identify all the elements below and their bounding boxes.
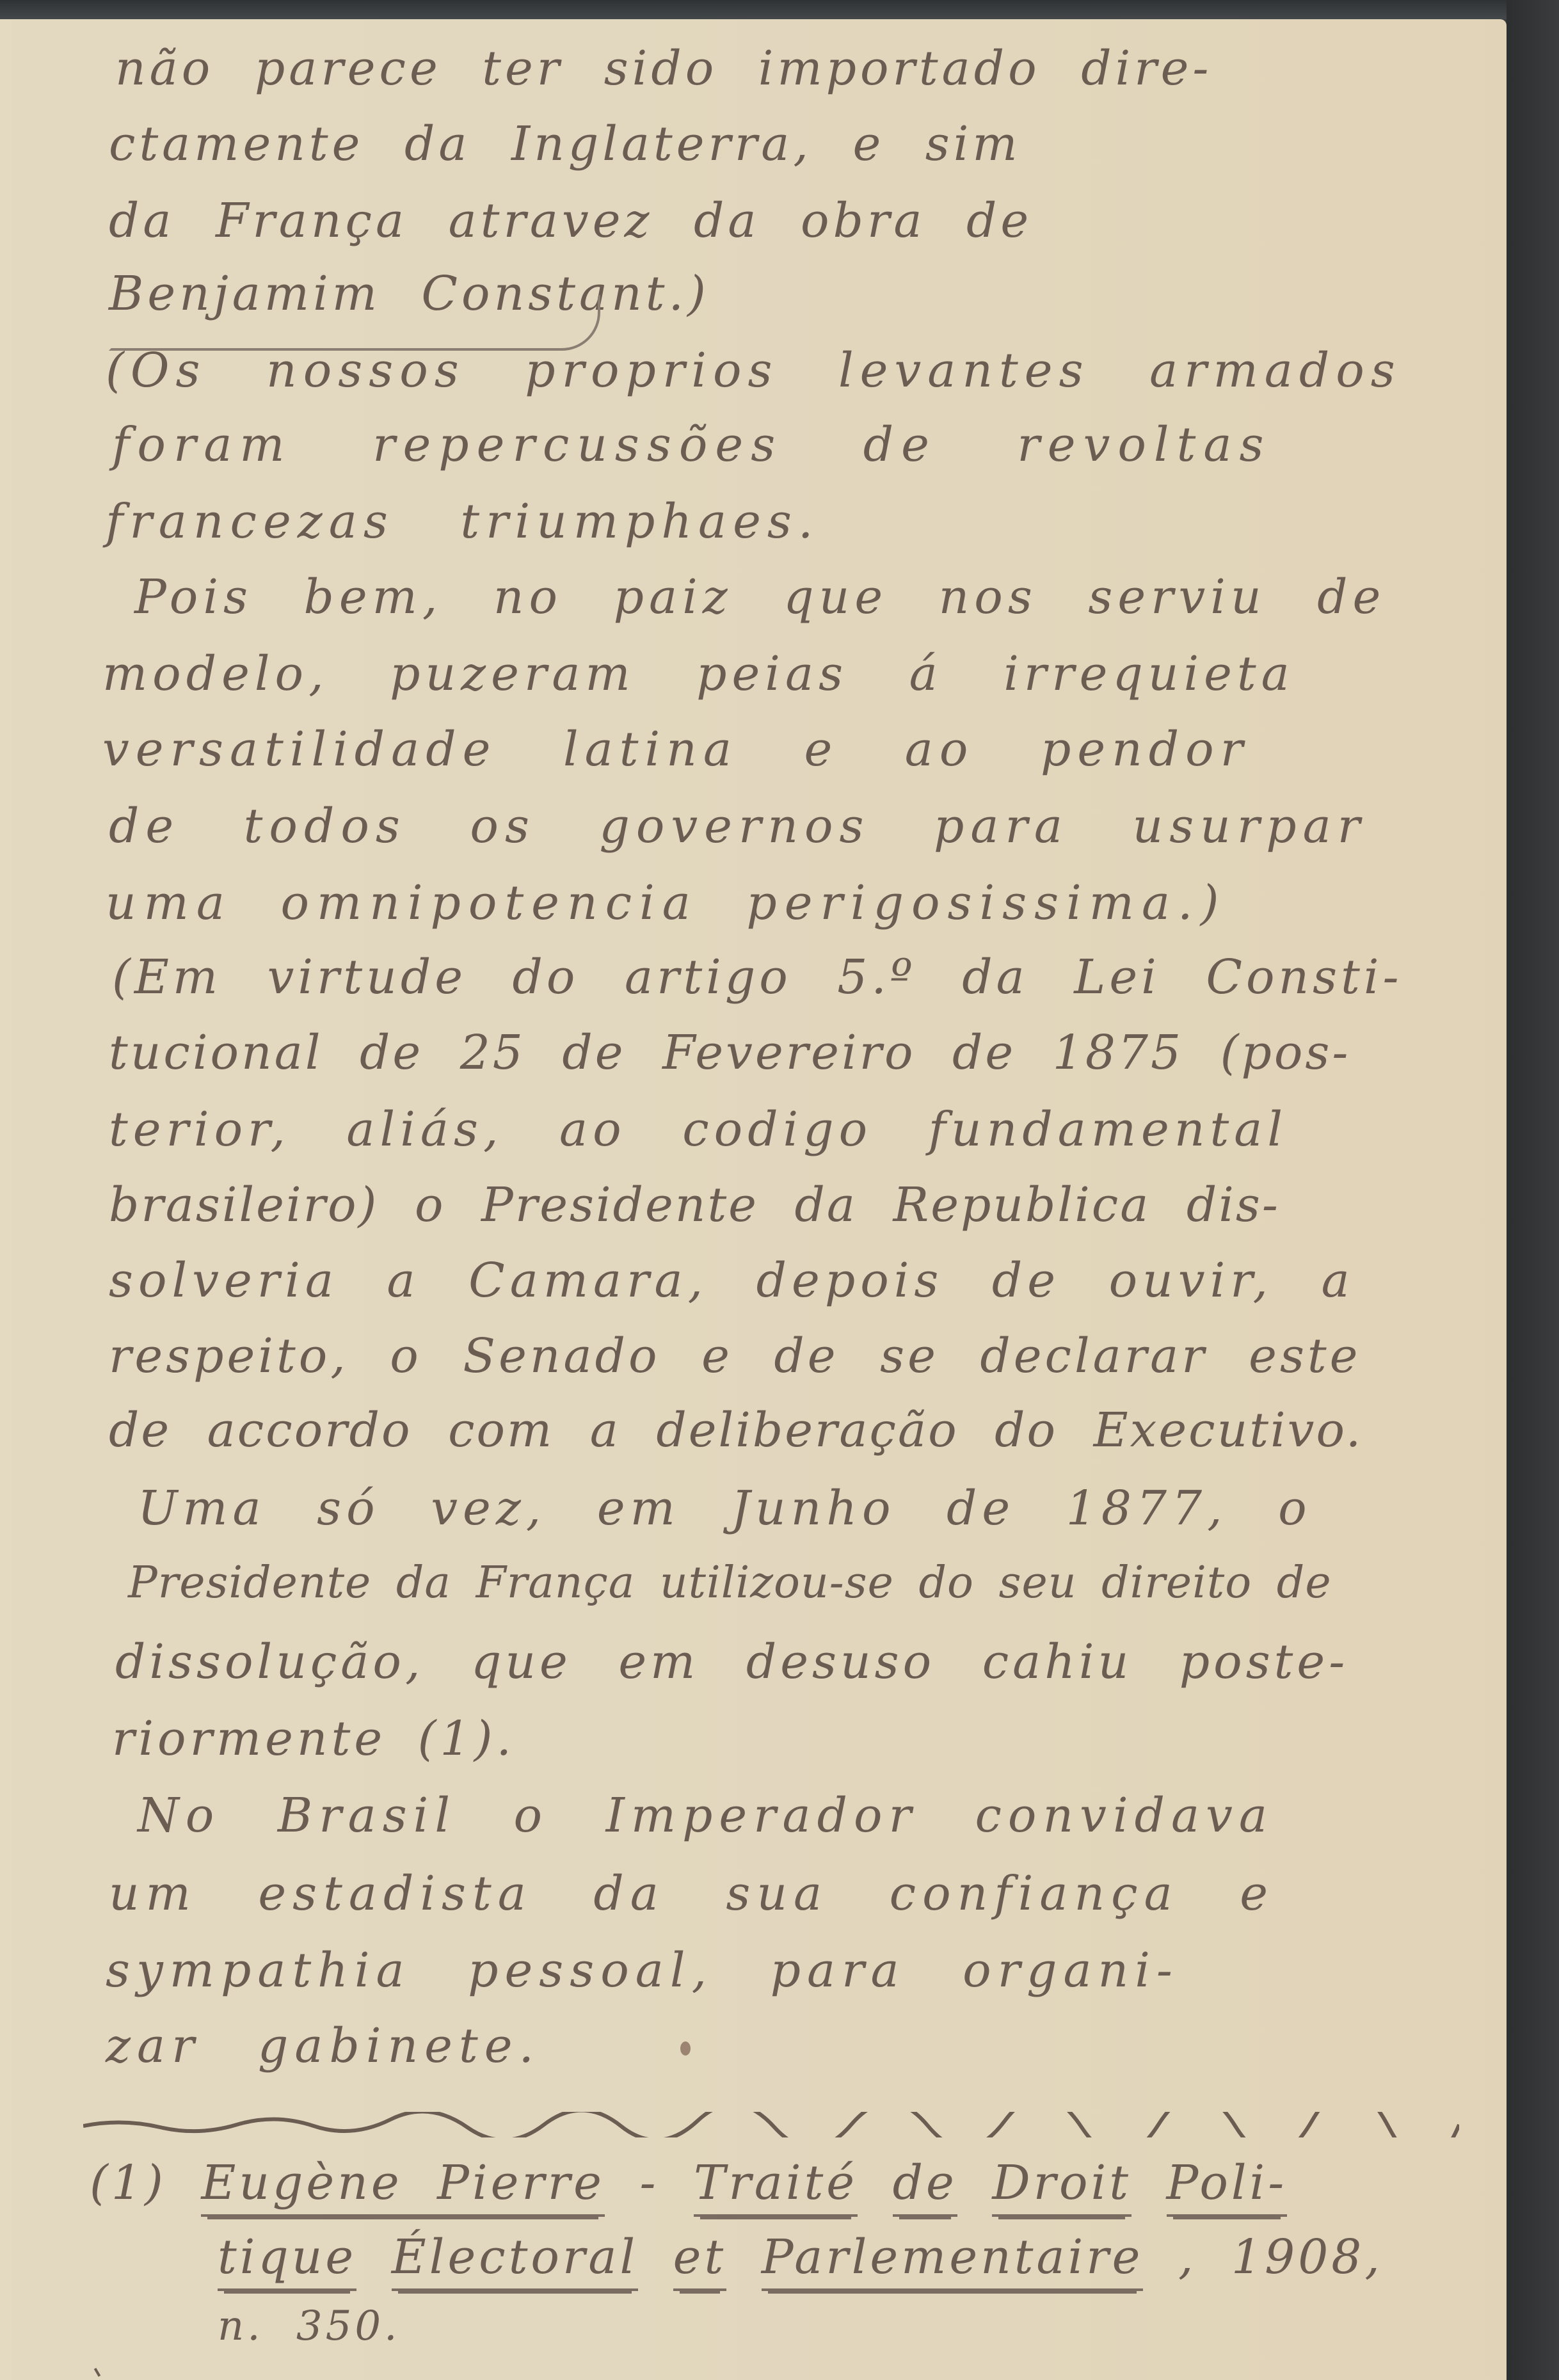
footnote-title-word: Traité bbox=[694, 2155, 858, 2217]
body-line: brasileiro) o Presidente da Republica di… bbox=[109, 1181, 1280, 1229]
footnote-line-2: tique Électoral et Parlementaire , 1908, bbox=[218, 2230, 1383, 2285]
footnote-title-word: de bbox=[893, 2155, 957, 2217]
footnote-page-ref: n. 350. bbox=[218, 2303, 400, 2350]
footnote-line-1: (1) Eugène Pierre - Traité de Droit Poli… bbox=[90, 2155, 1287, 2210]
body-line: respeito, o Senado e de se declarar este bbox=[109, 1332, 1361, 1380]
footnote-title-word: Électoral bbox=[392, 2230, 638, 2291]
footnote-title-word: Droit bbox=[992, 2155, 1131, 2217]
body-line: dissolução, que em desuso cahiu poste- bbox=[115, 1638, 1348, 1686]
body-line: uma omnipotencia perigosissima.) bbox=[106, 879, 1226, 927]
body-line: zar gabinete. bbox=[106, 2022, 540, 2070]
body-line: foram repercussões de revoltas bbox=[112, 421, 1271, 468]
body-line: francezas triumphaes. bbox=[106, 498, 819, 545]
manuscript-body: não parece ter sido importado dire- ctam… bbox=[0, 19, 1507, 2380]
body-line: No Brasil o Imperador convidava bbox=[138, 1792, 1274, 1839]
body-line: solveria a Camara, depois de ouvir, a bbox=[109, 1257, 1355, 1304]
ink-spot bbox=[680, 2041, 691, 2056]
footnote-title-word: tique bbox=[218, 2230, 356, 2291]
body-line: não parece ter sido importado dire- bbox=[115, 45, 1212, 92]
footnote-title-word: et bbox=[673, 2230, 727, 2291]
body-line: Pois bem, no paiz que nos serviu de bbox=[134, 573, 1386, 621]
footnote-title-word: Poli- bbox=[1167, 2155, 1288, 2217]
footnote-separator-rule bbox=[83, 2112, 1459, 2137]
footnote-line-3: n. 350. bbox=[218, 2303, 400, 2350]
body-line: tucional de 25 de Fevereiro de 1875 (pos… bbox=[109, 1029, 1350, 1076]
body-line: terior, aliás, ao codigo fundamental bbox=[109, 1106, 1288, 1153]
bracket-curve bbox=[109, 294, 600, 351]
footnote-marker: (1) bbox=[90, 2155, 166, 2210]
body-line: Uma só vez, em Junho de 1877, o bbox=[138, 1485, 1312, 1532]
body-line: Presidente da França utilizou-se do seu … bbox=[128, 1561, 1332, 1605]
body-line: sympathia pessoal, para organi- bbox=[106, 1947, 1179, 1994]
body-line: modelo, puzeram peias á irrequieta bbox=[102, 650, 1295, 698]
scanner-backdrop-right bbox=[1507, 0, 1559, 2380]
body-line: de accordo com a deliberação do Executiv… bbox=[109, 1407, 1363, 1454]
body-line: ctamente da Inglaterra, e sim bbox=[109, 120, 1021, 168]
body-line: um estadista da sua confiança e bbox=[109, 1870, 1274, 1917]
footnote-author: Eugène Pierre bbox=[201, 2155, 605, 2217]
body-line: (Em virtude do artigo 5.º da Lei Consti- bbox=[112, 954, 1403, 1001]
body-line: de todos os governos para usurpar bbox=[109, 803, 1366, 850]
footnote-title-word: Parlementaire bbox=[762, 2230, 1144, 2291]
body-line: riormente (1). bbox=[112, 1715, 515, 1762]
footnote-year: , 1908, bbox=[1178, 2230, 1383, 2285]
body-line: da França atravez da obra de bbox=[109, 197, 1032, 244]
body-line: (Os nossos proprios levantes armados bbox=[106, 347, 1402, 394]
footnote-dash: - bbox=[640, 2155, 659, 2210]
manuscript-page: não parece ter sido importado dire- ctam… bbox=[0, 19, 1507, 2380]
body-line: versatilidade latina e ao pendor bbox=[102, 726, 1249, 773]
scanner-backdrop-top bbox=[0, 0, 1559, 19]
